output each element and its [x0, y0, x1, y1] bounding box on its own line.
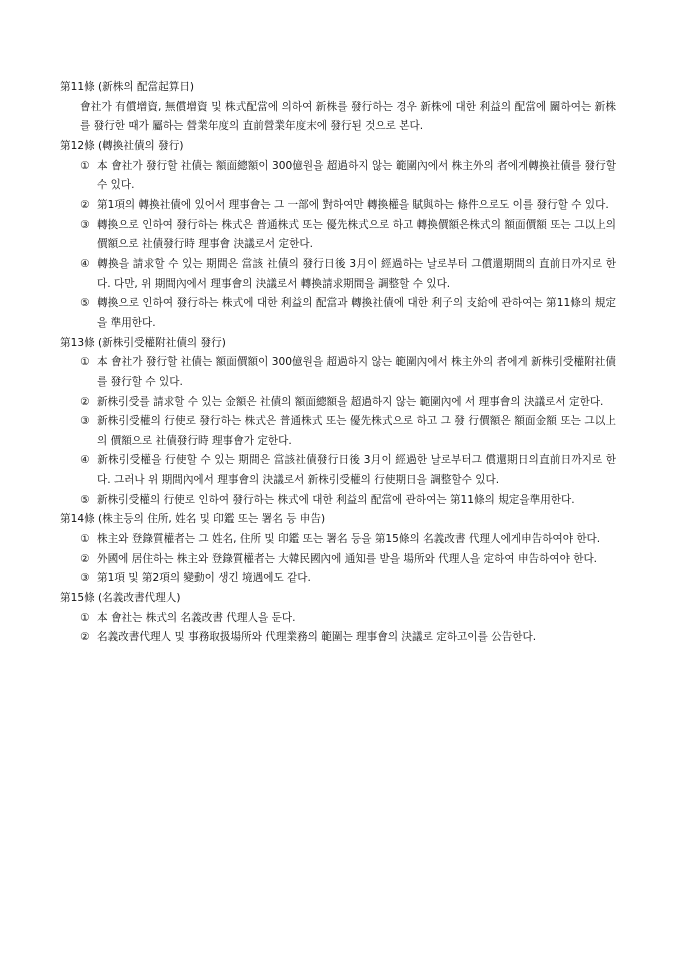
clause-text: 本 會社는 株式의 名義改書 代理人을 둔다. — [97, 612, 296, 624]
clause-number: ② — [80, 550, 97, 570]
clause-text: 轉換으로 인하여 發行하는 株式은 普通株式 또는 優先株式으로 하고 轉換價額… — [97, 219, 616, 251]
clause-item: ②名義改書代理人 및 事務取扱場所와 代理業務의 範圍는 理事會의 決議로 定하… — [80, 628, 616, 648]
article-12: 第12條 (轉換社債의 發行) ①本 會社가 發行할 社債는 額面總額이 300… — [60, 137, 616, 334]
document-page: 第11條 (新株의 配當起算日) 會社가 有償增資, 無償增資 및 株式配當에 … — [60, 78, 616, 648]
clause-text: 新株引受權의 行使로 發行하는 株式은 普通株式 또는 優先株式으로 하고 그 … — [97, 415, 616, 447]
clause-item: ①本 會社가 發行할 社債는 額面價額이 300億원을 超過하지 않는 範圍內에… — [80, 353, 616, 392]
clause-item: ③轉換으로 인하여 發行하는 株式은 普通株式 또는 優先株式으로 하고 轉換價… — [80, 216, 616, 255]
article-paragraph: 會社가 有償增資, 無償增資 및 株式配當에 의하여 新株를 發行하는 경우 新… — [80, 98, 616, 137]
clause-number: ② — [80, 196, 97, 216]
clause-item: ③第1項 및 第2項의 變動이 생긴 境遇에도 같다. — [80, 569, 616, 589]
article-title: 第12條 (轉換社債의 發行) — [60, 137, 616, 157]
clause-number: ① — [80, 353, 97, 373]
clause-number: ① — [80, 157, 97, 177]
clause-text: 外國에 居住하는 株主와 登錄質權者는 大韓民國內에 通知를 받을 場所와 代理… — [97, 553, 597, 565]
article-title: 第13條 (新株引受權附社債의 發行) — [60, 334, 616, 354]
article-13: 第13條 (新株引受權附社債의 發行) ①本 會社가 發行할 社債는 額面價額이… — [60, 334, 616, 511]
clause-number: ① — [80, 609, 97, 629]
article-title: 第11條 (新株의 配當起算日) — [60, 78, 616, 98]
clause-text: 新株引受權의 行使로 인하여 發行하는 株式에 대한 利益의 配當에 관하여는 … — [97, 494, 575, 506]
clause-item: ①本 會社는 株式의 名義改書 代理人을 둔다. — [80, 609, 616, 629]
article-15: 第15條 (名義改書代理人) ①本 會社는 株式의 名義改書 代理人을 둔다. … — [60, 589, 616, 648]
clause-text: 新株引受權을 行使할 수 있는 期間은 當該社債發行日後 3月이 經過한 날로부… — [97, 454, 616, 486]
clause-item: ④轉換을 請求할 수 있는 期間은 當該 社債의 發行日後 3月이 經過하는 날… — [80, 255, 616, 294]
article-14: 第14條 (株主등의 住所, 姓名 및 印鑑 또는 署名 등 申告) ①株主와 … — [60, 510, 616, 589]
article-11: 第11條 (新株의 配當起算日) 會社가 有償增資, 無償增資 및 株式配當에 … — [60, 78, 616, 137]
clause-text: 第1項 및 第2項의 變動이 생긴 境遇에도 같다. — [97, 572, 311, 584]
clause-number: ④ — [80, 451, 97, 471]
clause-text: 新株引受를 請求할 수 있는 金額은 社債의 額面總額을 超過하지 않는 範圍內… — [97, 396, 603, 408]
clause-text: 本 會社가 發行할 社債는 額面總額이 300億원을 超過하지 않는 範圍內에서… — [97, 160, 616, 192]
clause-text: 名義改書代理人 및 事務取扱場所와 代理業務의 範圍는 理事會의 決議로 定하고… — [97, 631, 536, 643]
clause-item: ⑤新株引受權의 行使로 인하여 發行하는 株式에 대한 利益의 配當에 관하여는… — [80, 491, 616, 511]
clause-number: ③ — [80, 412, 97, 432]
clause-item: ①株主와 登錄質權者는 그 姓名, 住所 및 印鑑 또는 署名 등을 第15條의… — [80, 530, 616, 550]
clause-number: ③ — [80, 569, 97, 589]
clause-item: ②新株引受를 請求할 수 있는 金額은 社債의 額面總額을 超過하지 않는 範圍… — [80, 393, 616, 413]
clause-text: 轉換을 請求할 수 있는 期間은 當該 社債의 發行日後 3月이 經過하는 날로… — [97, 258, 616, 290]
clause-number: ① — [80, 530, 97, 550]
clause-number: ④ — [80, 255, 97, 275]
clause-number: ③ — [80, 216, 97, 236]
clause-text: 株主와 登錄質權者는 그 姓名, 住所 및 印鑑 또는 署名 등을 第15條의 … — [97, 533, 600, 545]
clause-number: ⑤ — [80, 294, 97, 314]
clause-item: ②外國에 居住하는 株主와 登錄質權者는 大韓民國內에 通知를 받을 場所와 代… — [80, 550, 616, 570]
clause-item: ④新株引受權을 行使할 수 있는 期間은 當該社債發行日後 3月이 經過한 날로… — [80, 451, 616, 490]
clause-number: ② — [80, 393, 97, 413]
article-title: 第15條 (名義改書代理人) — [60, 589, 616, 609]
clause-text: 轉換으로 인하여 發行하는 株式에 대한 利益의 配當과 轉換社債에 대한 利子… — [97, 297, 616, 329]
clause-item: ③新株引受權의 行使로 發行하는 株式은 普通株式 또는 優先株式으로 하고 그… — [80, 412, 616, 451]
clause-item: ①本 會社가 發行할 社債는 額面總額이 300億원을 超過하지 않는 範圍內에… — [80, 157, 616, 196]
article-title: 第14條 (株主등의 住所, 姓名 및 印鑑 또는 署名 등 申告) — [60, 510, 616, 530]
clause-item: ⑤轉換으로 인하여 發行하는 株式에 대한 利益의 配當과 轉換社債에 대한 利… — [80, 294, 616, 333]
clause-text: 本 會社가 發行할 社債는 額面價額이 300億원을 超過하지 않는 範圍內에서… — [97, 356, 616, 388]
clause-number: ⑤ — [80, 491, 97, 511]
clause-item: ②第1項의 轉換社債에 있어서 理事會는 그 一部에 對하여만 轉換權을 賦與하… — [80, 196, 616, 216]
clause-number: ② — [80, 628, 97, 648]
clause-text: 第1項의 轉換社債에 있어서 理事會는 그 一部에 對하여만 轉換權을 賦與하는… — [97, 199, 609, 211]
